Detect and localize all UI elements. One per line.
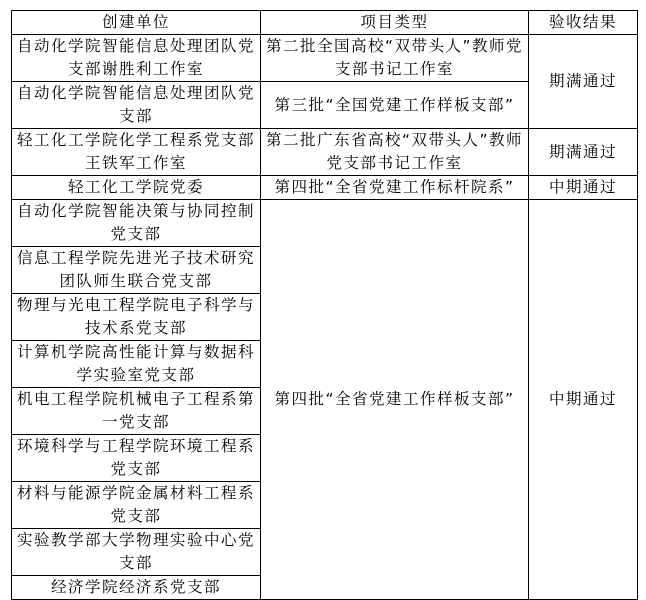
unit-cell: 自动化学院智能决策与协同控制党支部 [12,200,261,247]
result-cell: 期满通过 [529,35,638,129]
unit-cell: 自动化学院智能信息处理团队党支部 [12,82,261,129]
result-cell: 中期通过 [529,176,638,200]
unit-cell: 计算机学院高性能计算与数据科学实验室党支部 [12,341,261,388]
table-row: 轻工化工学院党委 第四批“全省党建工作标杆院系” 中期通过 [12,176,638,200]
result-cell: 中期通过 [529,200,638,600]
type-cell: 第三批“全国党建工作样板支部” [261,82,529,129]
header-result: 验收结果 [529,11,638,35]
header-type: 项目类型 [261,11,529,35]
table-row: 自动化学院智能决策与协同控制党支部 第四批“全省党建工作样板支部” 中期通过 [12,200,638,247]
results-table: 创建单位 项目类型 验收结果 自动化学院智能信息处理团队党支部谢胜利工作室 第二… [11,10,638,600]
table-row: 轻工化工学院化学工程系党支部王铁军工作室 第二批广东省高校“双带头人”教师党支部… [12,129,638,176]
unit-cell: 材料与能源学院金属材料工程系党支部 [12,482,261,529]
header-unit: 创建单位 [12,11,261,35]
type-cell: 第二批广东省高校“双带头人”教师党支部书记工作室 [261,129,529,176]
type-cell: 第二批全国高校“双带头人”教师党支部书记工作室 [261,35,529,82]
unit-cell: 信息工程学院先进光子技术研究团队师生联合党支部 [12,247,261,294]
unit-cell: 自动化学院智能信息处理团队党支部谢胜利工作室 [12,35,261,82]
type-cell: 第四批“全省党建工作样板支部” [261,200,529,600]
unit-cell: 实验教学部大学物理实验中心党支部 [12,529,261,576]
table-row: 自动化学院智能信息处理团队党支部谢胜利工作室 第二批全国高校“双带头人”教师党支… [12,35,638,82]
type-cell: 第四批“全省党建工作标杆院系” [261,176,529,200]
unit-cell: 轻工化工学院党委 [12,176,261,200]
header-row: 创建单位 项目类型 验收结果 [12,11,638,35]
unit-cell: 机电工程学院机械电子工程系第一党支部 [12,388,261,435]
result-cell: 期满通过 [529,129,638,176]
unit-cell: 环境科学与工程学院环境工程系党支部 [12,435,261,482]
unit-cell: 经济学院经济系党支部 [12,576,261,600]
unit-cell: 轻工化工学院化学工程系党支部王铁军工作室 [12,129,261,176]
unit-cell: 物理与光电工程学院电子科学与技术系党支部 [12,294,261,341]
